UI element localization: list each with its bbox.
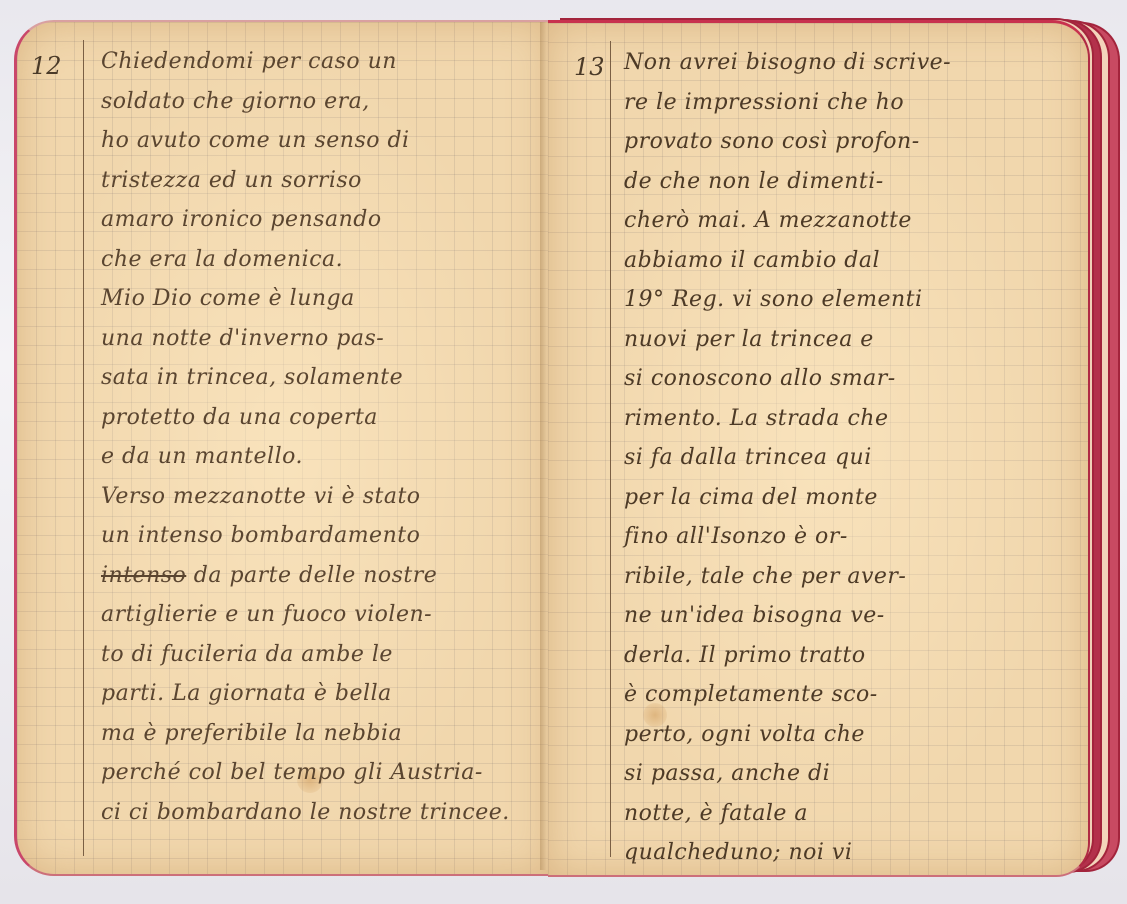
text-line: parti. La giornata è bella	[101, 674, 541, 714]
text-line: ho avuto come un senso di	[101, 121, 541, 161]
text-line: si fa dalla trincea qui	[624, 438, 1064, 478]
margin-line	[610, 41, 611, 857]
text-line: protetto da una coperta	[101, 398, 541, 438]
text-line: Chiedendomi per caso un	[101, 42, 541, 82]
text-line: Verso mezzanotte vi è stato	[101, 477, 541, 517]
text-line: de che non le dimenti-	[624, 162, 1064, 202]
text-line: perché col bel tempo gli Austria-	[101, 753, 541, 793]
margin-line	[83, 40, 84, 856]
text-line: sata in trincea, solamente	[101, 358, 541, 398]
text-line: abbiamo il cambio dal	[624, 241, 1064, 281]
text-line: to di fucileria da ambe le	[101, 635, 541, 675]
text-line: cherò mai. A mezzanotte	[624, 201, 1064, 241]
text-line: artiglierie e un fuoco violen-	[101, 595, 541, 635]
text-line: ribile, tale che per aver-	[624, 557, 1064, 597]
struck-out-word: intenso	[101, 563, 186, 588]
text-line-with-strikethrough: intenso da parte delle nostre	[101, 556, 541, 596]
text-line: re le impressioni che ho	[624, 83, 1064, 123]
text-line: soldato che giorno era,	[101, 82, 541, 122]
text-line: fino all'Isonzo è or-	[624, 517, 1064, 557]
open-notebook: 12 Chiedendomi per caso un soldato che g…	[0, 0, 1127, 904]
handwritten-text: Non avrei bisogno di scrive- re le impre…	[624, 43, 1064, 873]
right-page: 13 Non avrei bisogno di scrive- re le im…	[548, 20, 1090, 877]
text-line: qualcheduno; noi vi	[624, 833, 1064, 873]
text-line: si passa, anche di	[624, 754, 1064, 794]
text-line: amaro ironico pensando	[101, 200, 541, 240]
text-line: notte, è fatale a	[624, 794, 1064, 834]
text-line: ma è preferibile la nebbia	[101, 714, 541, 754]
page-number: 12	[31, 52, 62, 80]
text-line: per la cima del monte	[624, 478, 1064, 518]
text-line: Non avrei bisogno di scrive-	[624, 43, 1064, 83]
text-line: tristezza ed un sorriso	[101, 161, 541, 201]
text-line: rimento. La strada che	[624, 399, 1064, 439]
text-line: che era la domenica.	[101, 240, 541, 280]
left-page: 12 Chiedendomi per caso un soldato che g…	[14, 20, 549, 876]
text-line: si conoscono allo smar-	[624, 359, 1064, 399]
text-line: Mio Dio come è lunga	[101, 279, 541, 319]
text-line: provato sono così profon-	[624, 122, 1064, 162]
text-line: e da un mantello.	[101, 437, 541, 477]
page-number: 13	[574, 53, 605, 81]
text-line: perto, ogni volta che	[624, 715, 1064, 755]
text-line: ne un'idea bisogna ve-	[624, 596, 1064, 636]
text-line: un intenso bombardamento	[101, 516, 541, 556]
handwritten-text: Chiedendomi per caso un soldato che gior…	[101, 42, 541, 832]
text-line: nuovi per la trincea e	[624, 320, 1064, 360]
text-line: una notte d'inverno pas-	[101, 319, 541, 359]
text-line: ci ci bombardano le nostre trincee.	[101, 793, 541, 833]
text-line: derla. Il primo tratto	[624, 636, 1064, 676]
text-line: è completamente sco-	[624, 675, 1064, 715]
text-line: 19° Reg. vi sono elementi	[624, 280, 1064, 320]
